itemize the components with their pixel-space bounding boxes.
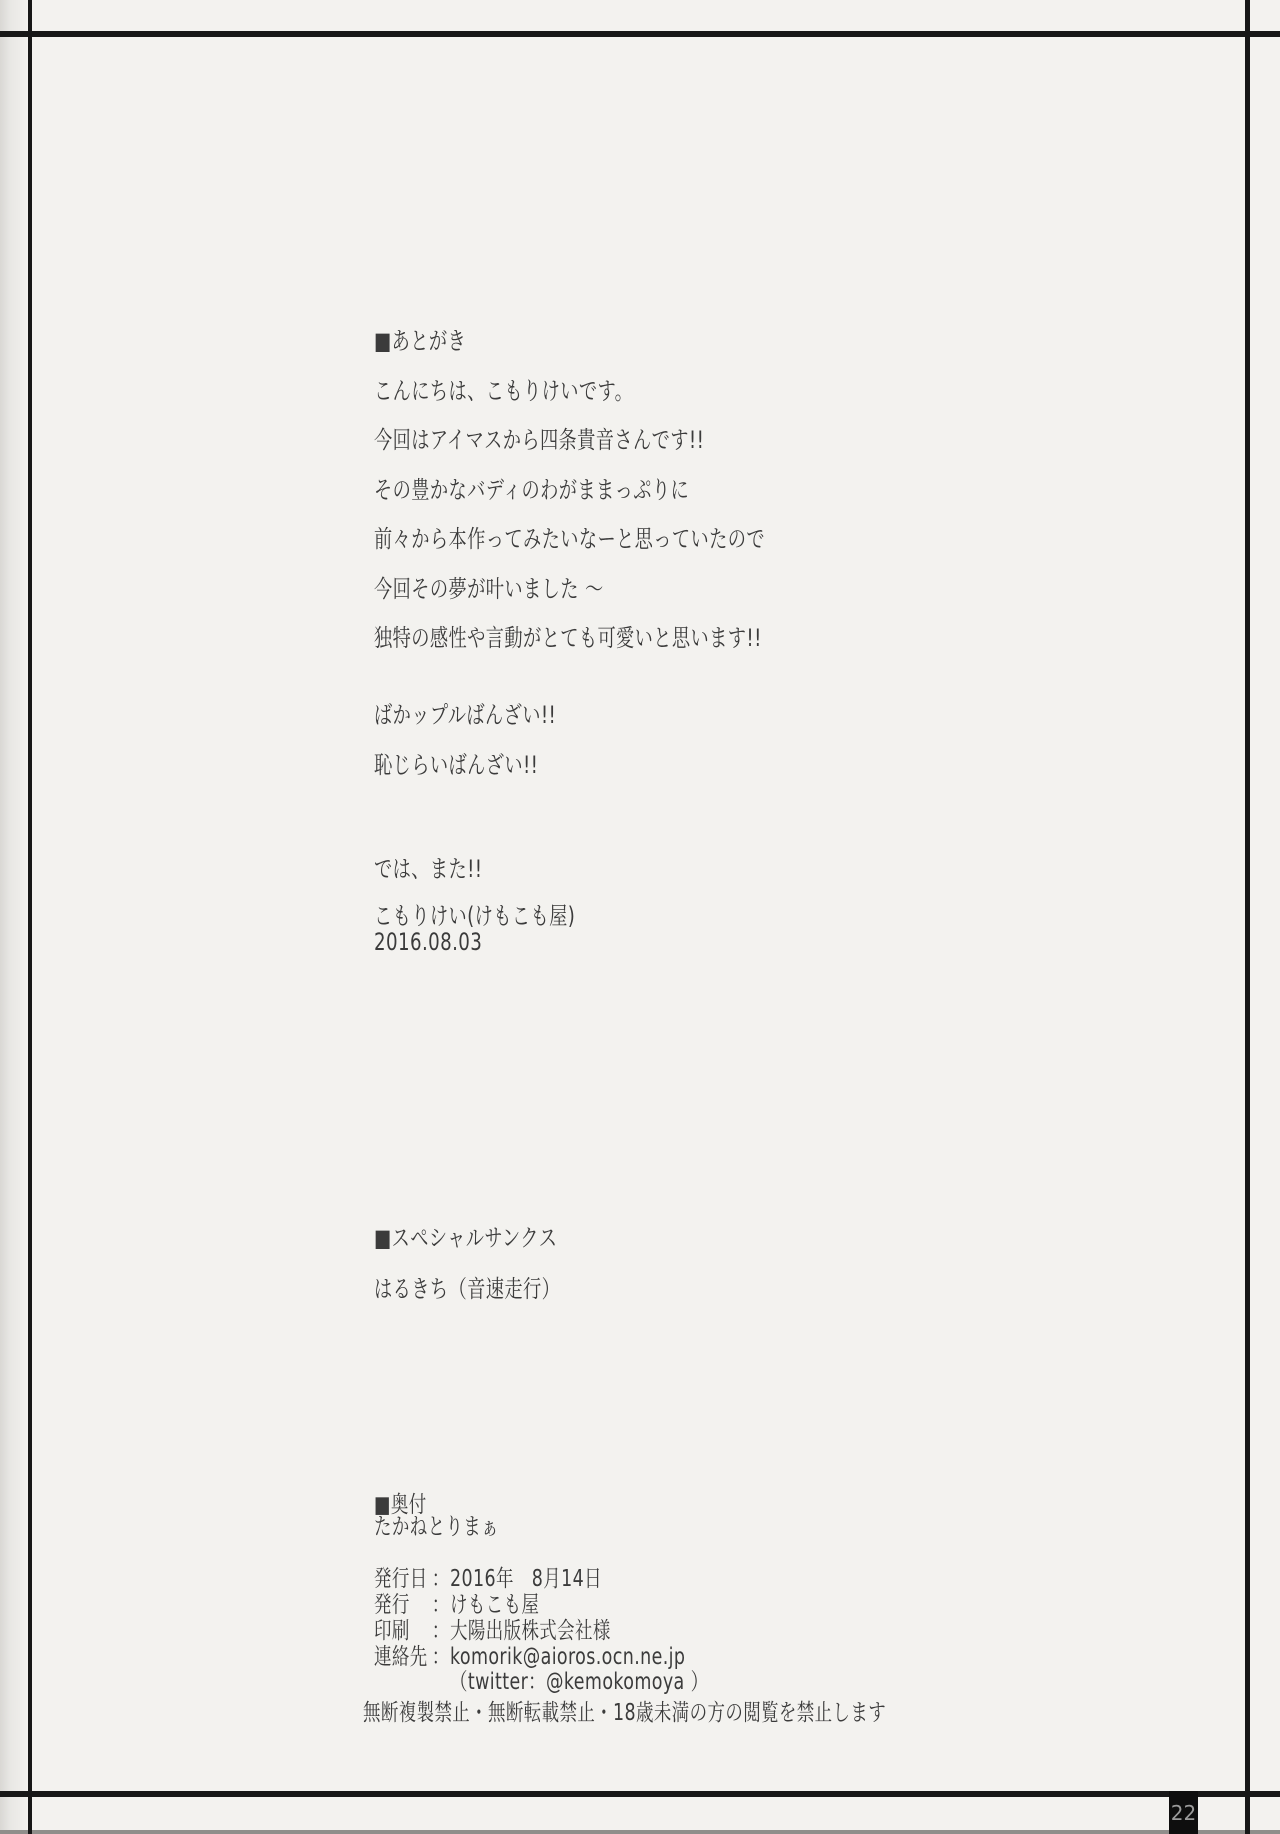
scan-edge-bottom	[0, 1830, 1280, 1834]
colophon-label: 印刷	[374, 1618, 432, 1644]
scanned-page: ■あとがき こんにちは、こもりけいです。 今回はアイマスから四条貴音さんです!!…	[0, 0, 1280, 1834]
page-number-box: 22	[1169, 1791, 1198, 1834]
frame-rule-bottom	[0, 1791, 1280, 1797]
afterword-line: 今回はアイマスから四条貴音さんです!!	[374, 426, 704, 454]
copyright-notice: 無断複製禁止・無断転載禁止・18歳未満の方の閲覧を禁止します	[363, 1700, 886, 1726]
afterword-line: 前々から本作ってみたいなーと思っていたので	[374, 525, 765, 553]
colophon-twitter: （twitter：@kemokomoya ）	[374, 1669, 708, 1695]
colophon-value: 大陽出版株式会社様	[450, 1618, 611, 1644]
afterword-line: こんにちは、こもりけいです。	[374, 377, 633, 405]
book-title: たかねとりまぁ	[374, 1514, 499, 1540]
scan-edge-left	[0, 0, 27, 1834]
colophon-row: 連絡先：komorik@aioros.ocn.ne.jp	[374, 1644, 685, 1670]
colophon-label: 連絡先	[374, 1644, 432, 1670]
afterword-line: ばかップルばんざい!!	[374, 701, 556, 729]
colophon-colon: ：	[432, 1618, 450, 1644]
frame-rule-right	[1245, 0, 1250, 1834]
frame-rule-top	[0, 31, 1280, 37]
colophon-label: 発行	[374, 1592, 432, 1618]
special-thanks-name: はるきち（音速走行）	[374, 1275, 560, 1303]
afterword-heading: ■あとがき	[374, 327, 466, 355]
afterword-line: 今回その夢が叶いました ～	[374, 575, 604, 603]
colophon-colon: ：	[432, 1644, 450, 1670]
colophon-value: 2016年 8月14日	[450, 1566, 602, 1592]
colophon-value: komorik@aioros.ocn.ne.jp	[450, 1644, 685, 1670]
colophon-label: 発行日	[374, 1566, 432, 1592]
afterword-signature: こもりけい(けもこも屋)	[374, 902, 575, 930]
page-number: 22	[1171, 1801, 1196, 1825]
afterword-line: 独特の感性や言動がとても可愛いと思います!!	[374, 624, 762, 652]
afterword-line: では、また!!	[374, 855, 482, 883]
colophon-row: 印刷：大陽出版株式会社様	[374, 1618, 611, 1644]
afterword-date: 2016.08.03	[374, 928, 482, 956]
colophon-colon: ：	[432, 1566, 450, 1592]
afterword-line: その豊かなバディのわがままっぷりに	[374, 476, 689, 504]
colophon-row: 発行日：2016年 8月14日	[374, 1566, 602, 1592]
colophon-row: 発行：けもこも屋	[374, 1592, 539, 1618]
frame-rule-left	[28, 0, 32, 1834]
colophon-value: けもこも屋	[450, 1592, 539, 1618]
colophon-colon: ：	[432, 1592, 450, 1618]
afterword-line: 恥じらいばんざい!!	[374, 751, 538, 779]
special-thanks-heading: ■スペシャルサンクス	[374, 1224, 557, 1252]
